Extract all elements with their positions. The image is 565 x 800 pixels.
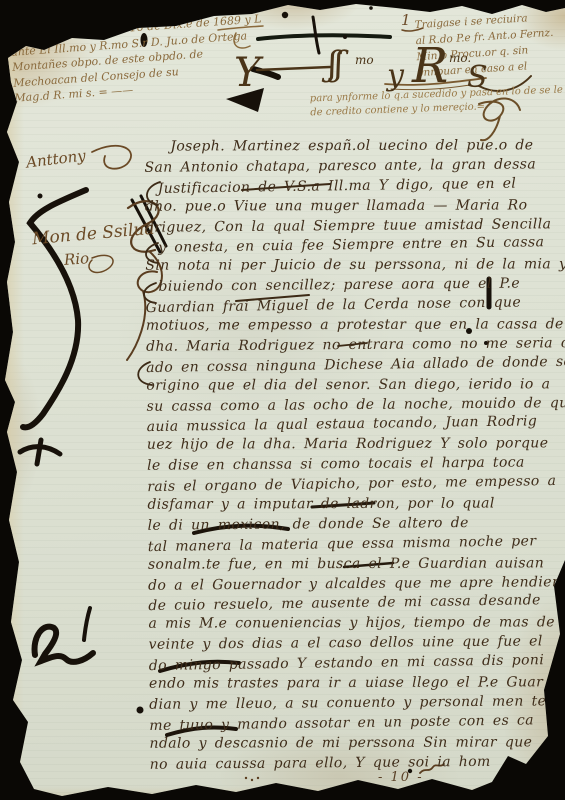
heading-r-initial: R bbox=[412, 38, 448, 94]
margin-hook-mark bbox=[20, 440, 60, 464]
body-line: Joseph. Martinez españ.ol uecino del pue… bbox=[170, 136, 558, 157]
faint-dot bbox=[251, 779, 253, 781]
heading-dash bbox=[257, 67, 330, 70]
rio-loop bbox=[89, 255, 113, 272]
ink-dot bbox=[369, 6, 373, 10]
body-line: origino que el dia del senor. San diego,… bbox=[146, 375, 560, 396]
signature-rio: Rio bbox=[63, 249, 89, 269]
faint-dot bbox=[257, 777, 259, 779]
faint-dot bbox=[245, 777, 247, 779]
body-line: dho. pue.o Viue una muger llamada — Mari… bbox=[145, 196, 559, 217]
manuscript-photo: da Press.en en Vall.d en 16 de Dix.e de … bbox=[0, 0, 565, 800]
ink-dot bbox=[24, 720, 27, 723]
ink-dot bbox=[138, 18, 143, 23]
signature-flourish-top bbox=[92, 146, 131, 169]
presentation-superscript: da bbox=[51, 15, 63, 31]
folio-number-bottom: - 10 - bbox=[378, 770, 424, 785]
body-line: uez hijo de la dha. Maria Rodriguez Y so… bbox=[147, 435, 561, 456]
body-line: a mis M.e conueniencias y hijos, tiempo … bbox=[148, 614, 562, 635]
ink-dot bbox=[137, 707, 144, 714]
margin-accent-stroke bbox=[84, 608, 90, 640]
folio-number-top: 1 bbox=[401, 11, 411, 29]
heading-ff-superscript: mo bbox=[355, 53, 374, 67]
ink-dot bbox=[282, 12, 288, 18]
top-strike-line bbox=[258, 35, 390, 39]
heading-y-initial: Y bbox=[234, 50, 260, 96]
heading-ff: ʃʃ bbox=[328, 44, 340, 84]
heading-y-conjunction: y bbox=[387, 58, 404, 93]
body-line: disfamar y a imputar de ladron, por lo q… bbox=[147, 494, 561, 515]
ink-dot bbox=[38, 194, 43, 199]
paper-sheet: da Press.en en Vall.d en 16 de Dix.e de … bbox=[0, 0, 565, 800]
body-line: motiuos, me empesso a protestar que en l… bbox=[146, 315, 560, 336]
petition-body-text: Joseph. Martinez españ.ol uecino del pue… bbox=[144, 135, 564, 775]
body-line: ndalo y descasnio de mi perssona Sin mir… bbox=[149, 733, 563, 754]
body-line: no auia caussa para ello, Y que soi ia h… bbox=[150, 752, 564, 776]
body-line: sonalm.te fue, en mi busca el P.e Guardi… bbox=[148, 554, 562, 575]
body-line: endo mis trastes para ir a uiase llego e… bbox=[149, 673, 563, 694]
body-line: Sin nota ni per Juicio de su perssona, n… bbox=[145, 256, 559, 277]
ink-dot bbox=[343, 35, 347, 39]
